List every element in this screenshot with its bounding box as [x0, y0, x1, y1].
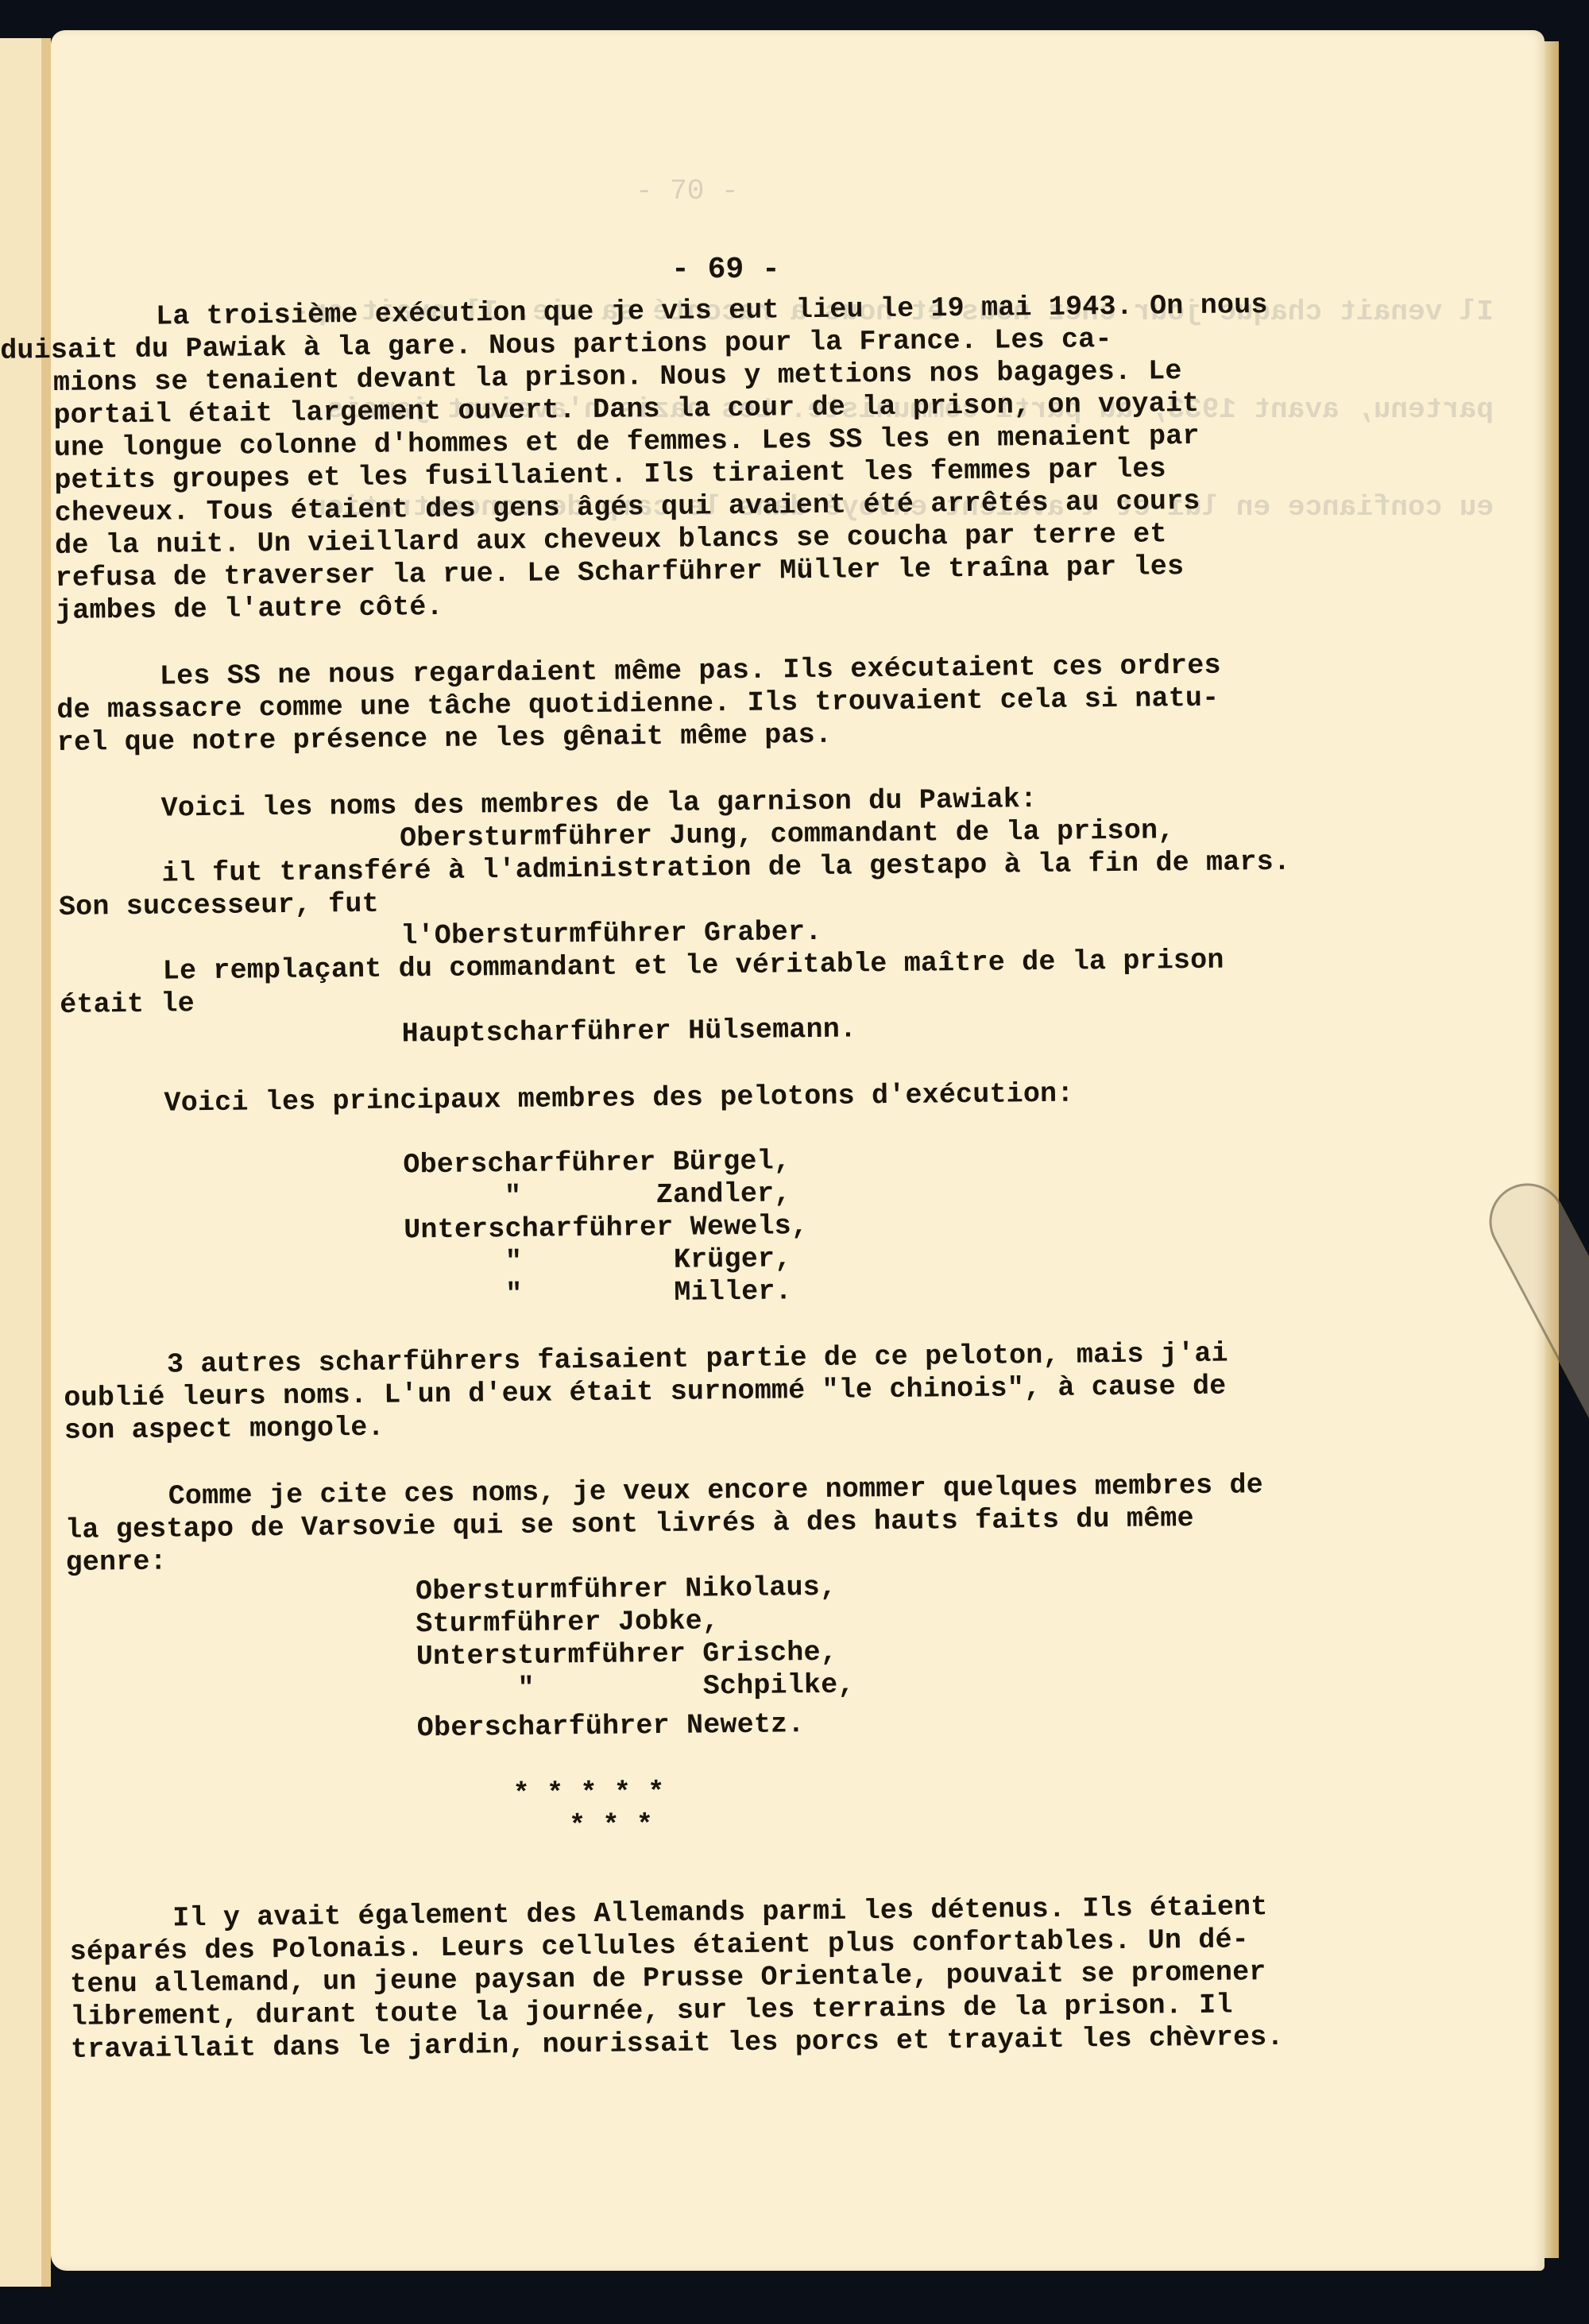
page-number: - 69 - — [671, 253, 780, 287]
typewritten-body: La troisième exécution que je vis eut li… — [52, 287, 1517, 2101]
firing-squad-section: Voici les principaux membres des peloton… — [60, 1073, 1509, 1316]
gestapo-member: Oberscharführer Newetz. — [417, 1701, 1514, 1745]
paragraph-other-scharfuhrers: 3 autres scharführers faisaient partie d… — [64, 1335, 1510, 1448]
garrison-section: Voici les noms des membres de la garniso… — [57, 779, 1506, 1054]
section-separator: * * * * * * * * — [68, 1768, 1515, 1848]
paragraph-execution: La troisième exécution que je vis eut li… — [52, 287, 1502, 628]
paragraph-german-detainees: Il y avait également des Allemands parmi… — [69, 1889, 1517, 2067]
gestapo-section: Comme je cite ces noms, je veux encore n… — [65, 1467, 1514, 1749]
bleed-through-page-number: - 70 - — [636, 175, 739, 207]
page-stack-edge — [1545, 41, 1559, 2258]
paragraph-ss-indifference: Les SS ne nous regardaient même pas. Ils… — [56, 647, 1503, 760]
